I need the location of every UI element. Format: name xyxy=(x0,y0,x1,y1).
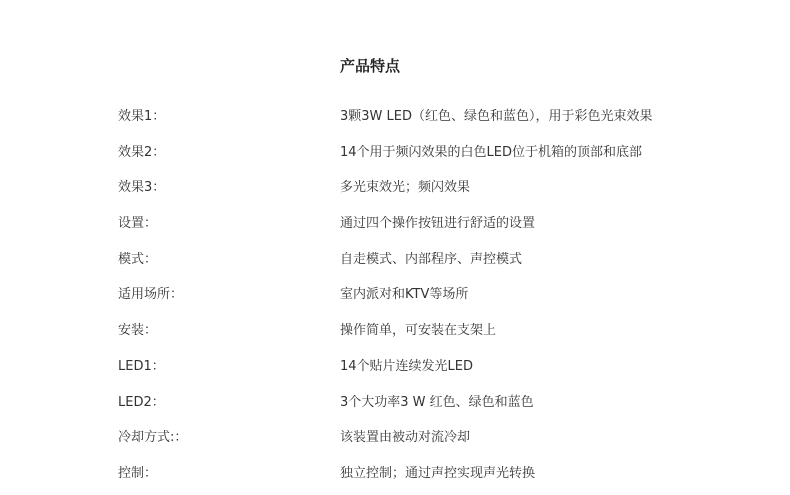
spec-value: 14个贴片连续发光LED xyxy=(340,360,718,374)
spec-label: 效果2： xyxy=(118,146,340,160)
spec-value: 自走模式、内部程序、声控模式 xyxy=(340,253,718,267)
spec-label: 效果3： xyxy=(118,181,340,195)
spec-label: 安装： xyxy=(118,324,340,338)
spec-value: 14个用于频闪效果的白色LED位于机箱的顶部和底部 xyxy=(340,146,718,160)
spec-row: 冷却方式:： 该装置由被动对流冷却 xyxy=(118,431,718,467)
spec-label: LED2： xyxy=(118,396,340,410)
spec-label: 设置： xyxy=(118,217,340,231)
spec-label: 模式： xyxy=(118,253,340,267)
spec-row: LED2： 3个大功率3 W 红色、绿色和蓝色 xyxy=(118,396,718,432)
spec-row: LED1： 14个贴片连续发光LED xyxy=(118,360,718,396)
spec-row: 模式： 自走模式、内部程序、声控模式 xyxy=(118,253,718,289)
spec-value: 通过四个操作按钮进行舒适的设置 xyxy=(340,217,718,231)
spec-row: 设置： 通过四个操作按钮进行舒适的设置 xyxy=(118,217,718,253)
page-title: 产品特点 xyxy=(340,55,400,76)
spec-value: 操作简单，可安装在支架上 xyxy=(340,324,718,338)
spec-label: 适用场所： xyxy=(118,288,340,302)
spec-label: 效果1： xyxy=(118,110,340,124)
spec-row: 安装： 操作简单，可安装在支架上 xyxy=(118,324,718,360)
spec-value: 3颗3W LED（红色、绿色和蓝色），用于彩色光束效果 xyxy=(340,110,718,124)
spec-value: 多光束效光；频闪效果 xyxy=(340,181,718,195)
spec-table: 效果1： 3颗3W LED（红色、绿色和蓝色），用于彩色光束效果 效果2： 14… xyxy=(118,110,718,495)
product-features-page: 产品特点 效果1： 3颗3W LED（红色、绿色和蓝色），用于彩色光束效果 效果… xyxy=(0,0,790,495)
spec-row: 效果3： 多光束效光；频闪效果 xyxy=(118,181,718,217)
spec-value: 该装置由被动对流冷却 xyxy=(340,431,718,445)
spec-label: 冷却方式:： xyxy=(118,431,340,445)
spec-label: LED1： xyxy=(118,360,340,374)
spec-label: 控制： xyxy=(118,467,340,481)
spec-value: 3个大功率3 W 红色、绿色和蓝色 xyxy=(340,396,718,410)
spec-row: 适用场所： 室内派对和KTV等场所 xyxy=(118,288,718,324)
spec-row: 控制： 独立控制；通过声控实现声光转换 xyxy=(118,467,718,495)
spec-value: 室内派对和KTV等场所 xyxy=(340,288,718,302)
spec-value: 独立控制；通过声控实现声光转换 xyxy=(340,467,718,481)
spec-row: 效果1： 3颗3W LED（红色、绿色和蓝色），用于彩色光束效果 xyxy=(118,110,718,146)
spec-row: 效果2： 14个用于频闪效果的白色LED位于机箱的顶部和底部 xyxy=(118,146,718,182)
